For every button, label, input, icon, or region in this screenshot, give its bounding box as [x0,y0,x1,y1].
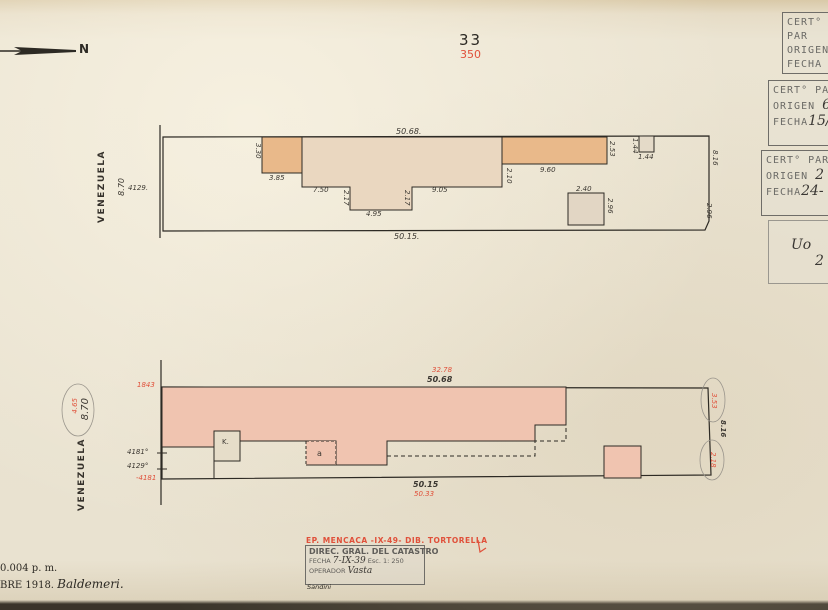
sheet-number: 33 [459,31,482,49]
side-red-bottom: 2.18 [709,452,717,468]
footer-time: 0.004 p. m. [0,563,57,574]
back-length-red: 50.33 [414,490,434,498]
door-number-red: -4181 [136,474,156,482]
stamp-operador-value: Vasta [348,566,373,576]
dim-d-height: 2.96 [606,198,614,214]
north-arrow-icon [0,47,76,55]
dim-step3: 2.17 [403,190,411,206]
door-number-top: 4129. [128,184,148,192]
stamp-fecha-label: FECHA [309,557,331,565]
stamp-handwriting: 15/ [808,113,828,129]
north-label: N [79,42,89,56]
stamp-line: FECHA [787,58,828,72]
stamp-line: CERT° PARC [766,154,828,168]
door-number-2: 4129° [127,462,148,470]
dim-step2: 2.17 [342,190,350,206]
stamp-line: CERT° PAR [787,16,828,44]
stamp-line [773,224,828,238]
catastro-stamp-operator-row: OPERADOR Vasta [309,566,421,576]
dim-w3: 9.05 [432,186,448,194]
certificate-stamp-3: CERT° PARC ORIGEN 2 FECHA24- [761,150,828,216]
stamp-handwriting: 2 [815,167,824,183]
stamp-line: FECHA [766,187,801,198]
room-a-label: a [317,449,322,458]
back-length-bottom-plan: 50.15 [413,480,438,489]
front-length-top: 50.68. [396,127,421,136]
corner-number-red: 1843 [137,381,155,389]
cadastral-plan-sheet: N 33 350 CERT° PAR ORIGEN FECHA CERT° PA… [0,0,828,610]
side-length-lower: 2.96 [705,203,713,219]
street-width-red: 4.65 [71,398,79,414]
room-k-label: K. [222,438,229,446]
plan-drawing [0,0,828,610]
catastro-stamp: DIREC. GRAL. DEL CATASTRO FECHA 7-IX-39 … [305,545,425,585]
dim-c-height: 1.44 [631,138,639,154]
red-annotation: EP. MENCACA -IX-49- DIB. TORTORELLA [306,536,488,545]
stamp-operador-label: OPERADOR [309,567,345,575]
front-length-red: 32.78 [432,366,452,374]
footer-signature: Baldemeri. [57,577,123,591]
door-number-1: 4181° [127,448,148,456]
bottom-plan [62,360,725,505]
dim-d-width: 2.40 [576,185,592,193]
footer-date-text: BRE 1918. [0,580,54,591]
back-length-top: 50.15. [394,232,419,241]
dim-w1: 7.50 [313,186,329,194]
stamp-line: ORIGEN [766,171,808,182]
certificate-stamp-2: CERT° PAR ORIGEN 6 FECHA15/ [768,80,828,146]
dim-b-height: 2.53 [608,141,616,157]
street-width-bottom: 8.70 [80,398,91,420]
stamp-line: CERT° PAR [773,84,828,98]
side-length-top: 8.16 [711,150,719,166]
sheet-sub-number: 350 [460,48,481,61]
stamp-fecha-value: 7-IX-39 [333,556,366,566]
stamp-handwriting: 24- [801,183,824,199]
street-name-bottom: VENEZUELA [77,438,87,511]
certificate-stamp-1: CERT° PAR ORIGEN FECHA [782,12,828,74]
dim-step4: 2.10 [505,168,513,184]
catastro-stamp-title: DIREC. GRAL. DEL CATASTRO [309,547,421,556]
dim-c-width: 1.44 [638,153,654,161]
below-stamp-signature: Sandini [307,583,331,591]
top-plan [160,125,709,238]
side-length-bottom-plan: 8.16 [719,420,727,437]
dim-w2: 4.95 [366,210,382,218]
street-name-top: VENEZUELA [97,150,107,223]
stamp-line: FECHA [773,117,808,128]
certificate-stamp-4: Uo 2 [768,220,828,284]
stamp-handwriting: 2 [815,253,824,269]
stamp-line: ORIGEN [773,101,815,112]
catastro-stamp-date-row: FECHA 7-IX-39 Esc. 1: 250 [309,556,421,566]
front-length-bottom-plan: 50.68 [427,375,452,384]
stamp-handwriting: Uo [791,237,811,253]
side-red-top: 3.53 [710,393,718,409]
stamp-line: ORIGEN [787,44,828,58]
dim-b-width: 9.60 [540,166,556,174]
stamp-handwriting: 6 [822,97,828,113]
dim-a-height: 3.30 [254,143,262,159]
street-width-top: 8.70 [117,178,126,196]
footer-date: BRE 1918. Baldemeri. [0,577,124,591]
dim-a-width: 3.85 [269,174,285,182]
stamp-scale: Esc. 1: 250 [368,557,404,565]
